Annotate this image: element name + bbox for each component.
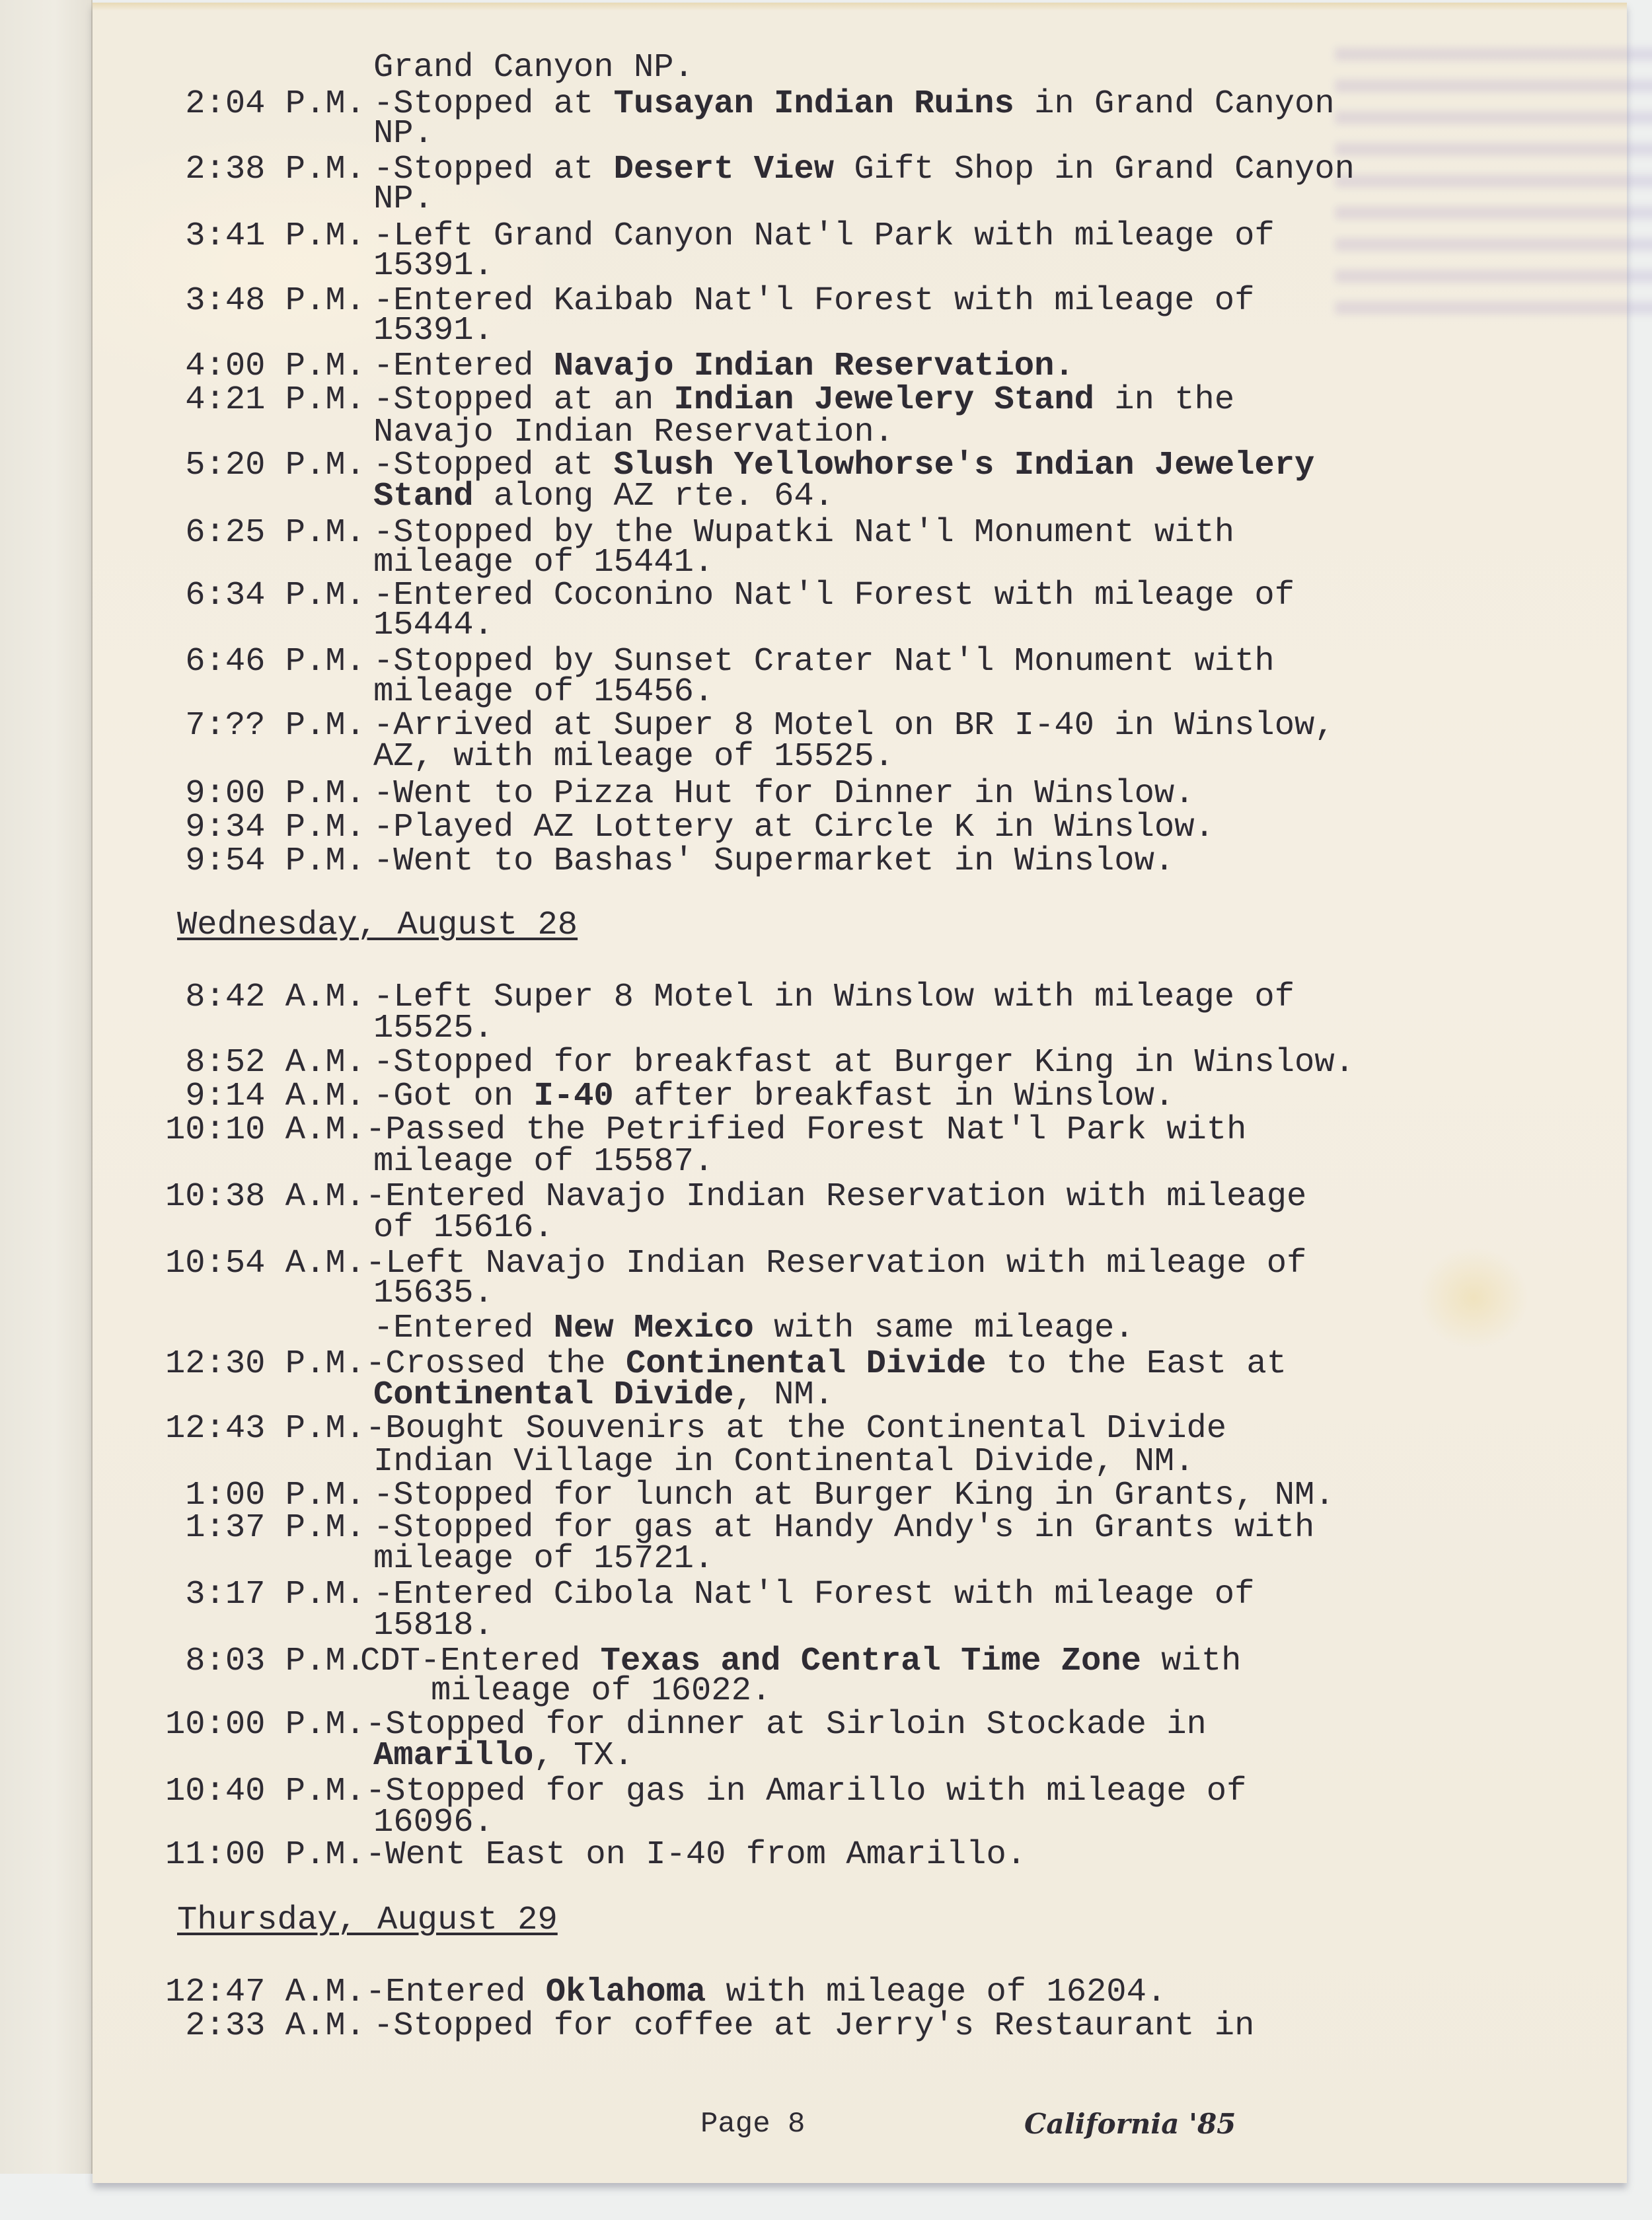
log-entry: 2:04 P.M.-Stopped at Tusayan Indian Ruin…	[93, 88, 1612, 121]
text-segment: -Entered Cibola Nat'l Forest with mileag…	[373, 1576, 1254, 1613]
log-entry: 6:46 P.M.-Stopped by Sunset Crater Nat'l…	[93, 646, 1612, 679]
entry-time: 10:40 P.M.	[165, 1775, 365, 1808]
date-heading-text: Thursday, August 29	[177, 1904, 558, 1937]
entry-description: of 15616.	[373, 1212, 554, 1245]
text-segment: 15391.	[373, 312, 494, 350]
text-segment: 15391.	[373, 247, 494, 285]
text-segment: 15444.	[373, 607, 494, 644]
emphasized-place-name: New Mexico	[554, 1310, 754, 1347]
entry-description: Grand Canyon NP.	[373, 52, 694, 85]
entry-time: 2:04 P.M.	[185, 88, 365, 121]
entry-description: -Stopped for gas in Amarillo with mileag…	[365, 1775, 1246, 1808]
page-number: Page 8	[700, 2108, 805, 2141]
text-segment: -Stopped for breakfast at Burger King in…	[373, 1044, 1355, 1082]
text-segment: -Left Super 8 Motel in Winslow with mile…	[373, 979, 1295, 1016]
text-segment: -Got on	[373, 1078, 533, 1115]
log-entry: 4:21 P.M.-Stopped at an Indian Jewelery …	[93, 384, 1612, 417]
log-entry: 8:52 A.M.-Stopped for breakfast at Burge…	[93, 1047, 1612, 1080]
text-segment: -Went to Bashas' Supermarket in Winslow.	[373, 842, 1174, 880]
entry-time: 1:37 P.M.	[185, 1512, 365, 1545]
entry-time: 10:10 A.M.	[165, 1114, 365, 1147]
entry-description: -Left Grand Canyon Nat'l Park with milea…	[373, 220, 1275, 253]
entry-time: 8:52 A.M.	[185, 1047, 365, 1080]
log-entry-continuation: Navajo Indian Reservation.	[93, 416, 1612, 449]
entry-description: mileage of 16022.	[431, 1675, 771, 1708]
text-segment: of 15616.	[373, 1209, 554, 1247]
entry-time: 12:30 P.M.	[165, 1348, 365, 1381]
entry-description: Amarillo, TX.	[373, 1740, 634, 1773]
entry-description: -Stopped at Tusayan Indian Ruins in Gran…	[373, 88, 1335, 121]
entry-time: 9:14 A.M.	[185, 1080, 365, 1113]
emphasized-place-name: Continental Divide	[373, 1376, 734, 1414]
text-segment: -Bought Souvenirs at the Continental Div…	[365, 1410, 1226, 1448]
entry-description: NP.	[373, 118, 433, 151]
text-segment: -Stopped for coffee at Jerry's Restauran…	[373, 2007, 1254, 2045]
text-segment: , TX.	[533, 1737, 634, 1775]
entry-time: 10:54 A.M.	[165, 1247, 365, 1280]
log-entry-continuation: 15391.	[93, 314, 1612, 348]
entry-description: mileage of 15587.	[373, 1146, 714, 1179]
log-entry: 2:33 A.M.-Stopped for coffee at Jerry's …	[93, 2010, 1612, 2043]
entry-description: -Stopped at Desert View Gift Shop in Gra…	[373, 153, 1355, 186]
entry-description: -Entered Cibola Nat'l Forest with mileag…	[373, 1578, 1254, 1611]
entry-description: mileage of 15721.	[373, 1543, 714, 1576]
date-heading-text: Wednesday, August 28	[177, 909, 578, 942]
entry-description: 15391.	[373, 250, 494, 283]
log-entry-continuation: AZ, with mileage of 15525.	[93, 741, 1612, 774]
log-entry: 6:25 P.M.-Stopped by the Wupatki Nat'l M…	[93, 517, 1612, 550]
entry-description: 15391.	[373, 314, 494, 348]
log-entry-continuation: Indian Village in Continental Divide, NM…	[93, 1446, 1612, 1479]
entry-description: 15635.	[373, 1277, 494, 1310]
text-segment: 15818.	[373, 1607, 494, 1645]
text-segment: mileage of 15456.	[373, 673, 714, 711]
entry-time: 8:42 A.M.	[185, 981, 365, 1014]
log-entry: 3:41 P.M.-Left Grand Canyon Nat'l Park w…	[93, 220, 1612, 253]
text-segment: , NM.	[734, 1376, 835, 1414]
emphasized-place-name: Navajo Indian Reservation.	[554, 348, 1074, 385]
entry-description: NP.	[373, 183, 433, 216]
entry-description: -Went East on I-40 from Amarillo.	[365, 1839, 1026, 1872]
log-entry: 5:20 P.M.-Stopped at Slush Yellowhorse's…	[93, 449, 1612, 482]
page-top-edge	[93, 3, 1627, 11]
entry-description: 15444.	[373, 609, 494, 642]
log-entry-continuation: 15818.	[93, 1609, 1612, 1643]
text-segment: mileage of 15721.	[373, 1540, 714, 1578]
log-entry-continuation: mileage of 15587.	[93, 1146, 1612, 1179]
text-segment: -Entered	[365, 1974, 546, 2011]
text-segment: with same mileage.	[754, 1310, 1135, 1347]
log-entry: 10:10 A.M.-Passed the Petrified Forest N…	[93, 1114, 1612, 1147]
log-entry-continuation: mileage of 15441.	[93, 546, 1612, 579]
log-entry-continuation: -Entered New Mexico with same mileage.	[93, 1312, 1612, 1345]
entry-description: -Stopped at an Indian Jewelery Stand in …	[373, 384, 1234, 417]
entry-description: -Stopped for coffee at Jerry's Restauran…	[373, 2010, 1254, 2043]
entry-description: 16096.	[373, 1806, 494, 1839]
document-title: California '85	[1024, 2108, 1236, 2141]
entry-description: -Entered Coconino Nat'l Forest with mile…	[373, 579, 1295, 612]
text-segment: NP.	[373, 180, 433, 218]
log-entry-continuation: Grand Canyon NP.	[93, 52, 1612, 85]
log-entry-continuation: of 15616.	[93, 1212, 1612, 1245]
entry-time: 3:17 P.M.	[185, 1578, 365, 1611]
text-segment: in the	[1094, 381, 1234, 419]
entry-description: -Bought Souvenirs at the Continental Div…	[365, 1413, 1226, 1446]
binding-strip	[0, 0, 93, 2174]
entry-description: mileage of 15441.	[373, 546, 714, 579]
log-entry-continuation: 15444.	[93, 609, 1612, 642]
text-segment: -Went East on I-40 from Amarillo.	[365, 1836, 1026, 1874]
entry-time: 8:03 P.M.	[185, 1645, 365, 1678]
log-entry-continuation: mileage of 16022.	[93, 1675, 1612, 1708]
log-entry-continuation: NP.	[93, 183, 1612, 216]
text-segment: NP.	[373, 115, 433, 153]
log-entry-continuation: NP.	[93, 118, 1612, 151]
log-entry-continuation: Continental Divide, NM.	[93, 1379, 1612, 1412]
text-segment: Wednesday, August 28	[177, 906, 578, 944]
entry-description: -Entered Navajo Indian Reservation.	[373, 350, 1074, 383]
entry-time: 9:34 P.M.	[185, 811, 365, 844]
entry-time: 11:00 P.M.	[165, 1839, 365, 1872]
text-segment: Navajo Indian Reservation.	[373, 414, 894, 451]
document-page: Grand Canyon NP.2:04 P.M.-Stopped at Tus…	[93, 3, 1627, 2183]
text-segment: Indian Village in Continental Divide, NM…	[373, 1443, 1195, 1481]
text-segment: 15525.	[373, 1010, 494, 1047]
emphasized-place-name: I-40	[533, 1078, 613, 1115]
entry-description: -Went to Bashas' Supermarket in Winslow.	[373, 845, 1174, 878]
entry-description: -Stopped for lunch at Burger King in Gra…	[373, 1479, 1335, 1512]
entry-description: Indian Village in Continental Divide, NM…	[373, 1446, 1195, 1479]
log-entry-continuation: 15391.	[93, 250, 1612, 283]
log-entry: 10:38 A.M.-Entered Navajo Indian Reserva…	[93, 1181, 1612, 1214]
emphasized-place-name: Oklahoma	[546, 1974, 706, 2011]
text-segment: Thursday, August 29	[177, 1902, 558, 1939]
entry-description: 15818.	[373, 1609, 494, 1643]
log-entry-continuation: mileage of 15456.	[93, 676, 1612, 709]
entry-description: -Played AZ Lottery at Circle K in Winslo…	[373, 811, 1215, 844]
log-entry: 12:43 P.M.-Bought Souvenirs at the Conti…	[93, 1413, 1612, 1446]
entry-time: 2:33 A.M.	[185, 2010, 365, 2043]
text-segment: 15635.	[373, 1275, 494, 1312]
date-heading: Wednesday, August 28	[93, 909, 1612, 942]
log-entry: 8:42 A.M.-Left Super 8 Motel in Winslow …	[93, 981, 1612, 1014]
entry-time: 3:41 P.M.	[185, 220, 365, 253]
entry-description: -Stopped for breakfast at Burger King in…	[373, 1047, 1355, 1080]
log-entry: 12:30 P.M.-Crossed the Continental Divid…	[93, 1348, 1612, 1381]
log-entry: 9:14 A.M.-Got on I-40 after breakfast in…	[93, 1080, 1612, 1113]
entry-time: 4:00 P.M.	[185, 350, 365, 383]
entry-time: 10:38 A.M.	[165, 1181, 365, 1214]
entry-description: -Entered Oklahoma with mileage of 16204.	[365, 1976, 1166, 2009]
log-entry-continuation: 16096.	[93, 1806, 1612, 1839]
date-heading: Thursday, August 29	[93, 1904, 1612, 1937]
log-entry: 8:03 P.M.CDT-Entered Texas and Central T…	[93, 1645, 1612, 1678]
entry-time: 7:?? P.M.	[185, 710, 365, 743]
entry-time: 12:47 A.M.	[165, 1976, 365, 2009]
entry-time: 9:54 P.M.	[185, 845, 365, 878]
entry-time: 6:25 P.M.	[185, 517, 365, 550]
entry-description: Stand along AZ rte. 64.	[373, 480, 834, 513]
log-entry-continuation: mileage of 15721.	[93, 1543, 1612, 1576]
entry-description: 15525.	[373, 1012, 494, 1045]
entry-description: Navajo Indian Reservation.	[373, 416, 894, 449]
log-entry: 10:00 P.M.-Stopped for dinner at Sirloin…	[93, 1709, 1612, 1742]
entry-description: AZ, with mileage of 15525.	[373, 741, 894, 774]
text-segment: with mileage of 16204.	[706, 1974, 1166, 2011]
log-entry-continuation: Amarillo, TX.	[93, 1740, 1612, 1773]
entry-description: mileage of 15456.	[373, 676, 714, 709]
log-entry: 4:00 P.M.-Entered Navajo Indian Reservat…	[93, 350, 1612, 383]
text-segment: to the East at	[986, 1345, 1287, 1383]
entry-description: Continental Divide, NM.	[373, 1379, 834, 1412]
log-entry: 10:40 P.M.-Stopped for gas in Amarillo w…	[93, 1775, 1612, 1808]
emphasized-place-name: Amarillo	[373, 1737, 533, 1775]
entry-time: 4:21 P.M.	[185, 384, 365, 417]
entry-time: 10:00 P.M.	[165, 1709, 365, 1742]
entry-description: -Went to Pizza Hut for Dinner in Winslow…	[373, 778, 1195, 811]
log-entry: 12:47 A.M.-Entered Oklahoma with mileage…	[93, 1976, 1612, 2009]
text-segment: -Played AZ Lottery at Circle K in Winslo…	[373, 809, 1215, 846]
log-entry: 3:48 P.M.-Entered Kaibab Nat'l Forest wi…	[93, 285, 1612, 318]
entry-description: -Left Super 8 Motel in Winslow with mile…	[373, 981, 1295, 1014]
log-entry-continuation: 15525.	[93, 1012, 1612, 1045]
text-segment: -Went to Pizza Hut for Dinner in Winslow…	[373, 775, 1195, 813]
entry-description: -Passed the Petrified Forest Nat'l Park …	[365, 1114, 1246, 1147]
entry-time: 6:34 P.M.	[185, 579, 365, 612]
text-segment: mileage of 15587.	[373, 1143, 714, 1181]
log-entry-continuation: 15635.	[93, 1277, 1612, 1310]
emphasized-place-name: Stand	[373, 478, 474, 515]
log-entry: 9:00 P.M.-Went to Pizza Hut for Dinner i…	[93, 778, 1612, 811]
entry-time: 12:43 P.M.	[165, 1413, 365, 1446]
entry-description: -Left Navajo Indian Reservation with mil…	[365, 1247, 1306, 1280]
text-segment: along AZ rte. 64.	[474, 478, 835, 515]
log-entry: 1:37 P.M.-Stopped for gas at Handy Andy'…	[93, 1512, 1612, 1545]
entry-time: 1:00 P.M.	[185, 1479, 365, 1512]
entry-time: 2:38 P.M.	[185, 153, 365, 186]
log-entry: 11:00 P.M.-Went East on I-40 from Amaril…	[93, 1839, 1612, 1872]
entry-time: 3:48 P.M.	[185, 285, 365, 318]
log-entry: 9:54 P.M.-Went to Bashas' Supermarket in…	[93, 845, 1612, 878]
entry-time: 9:00 P.M.	[185, 778, 365, 811]
log-entry: 3:17 P.M.-Entered Cibola Nat'l Forest wi…	[93, 1578, 1612, 1611]
text-segment: -Entered	[373, 1310, 554, 1347]
entry-description: -Entered New Mexico with same mileage.	[373, 1312, 1135, 1345]
text-segment: -Entered	[373, 348, 554, 385]
log-entry-continuation: Stand along AZ rte. 64.	[93, 480, 1612, 513]
log-entry: 9:34 P.M.-Played AZ Lottery at Circle K …	[93, 811, 1612, 844]
entry-time: 5:20 P.M.	[185, 449, 365, 482]
entry-description: -Entered Kaibab Nat'l Forest with mileag…	[373, 285, 1254, 318]
text-segment: Grand Canyon NP.	[373, 49, 694, 87]
text-segment: mileage of 16022.	[431, 1672, 771, 1710]
text-segment: after breakfast in Winslow.	[614, 1078, 1175, 1115]
text-segment: AZ, with mileage of 15525.	[373, 738, 894, 776]
text-segment: mileage of 15441.	[373, 544, 714, 581]
log-entry: 2:38 P.M.-Stopped at Desert View Gift Sh…	[93, 153, 1612, 186]
entry-time: 6:46 P.M.	[185, 646, 365, 679]
log-entry: 6:34 P.M.-Entered Coconino Nat'l Forest …	[93, 579, 1612, 612]
log-entry: 10:54 A.M.-Left Navajo Indian Reservatio…	[93, 1247, 1612, 1280]
log-entry: 1:00 P.M.-Stopped for lunch at Burger Ki…	[93, 1479, 1612, 1512]
text-segment: -Stopped for gas in Amarillo with mileag…	[365, 1773, 1246, 1810]
entry-description: -Got on I-40 after breakfast in Winslow.	[373, 1080, 1174, 1113]
